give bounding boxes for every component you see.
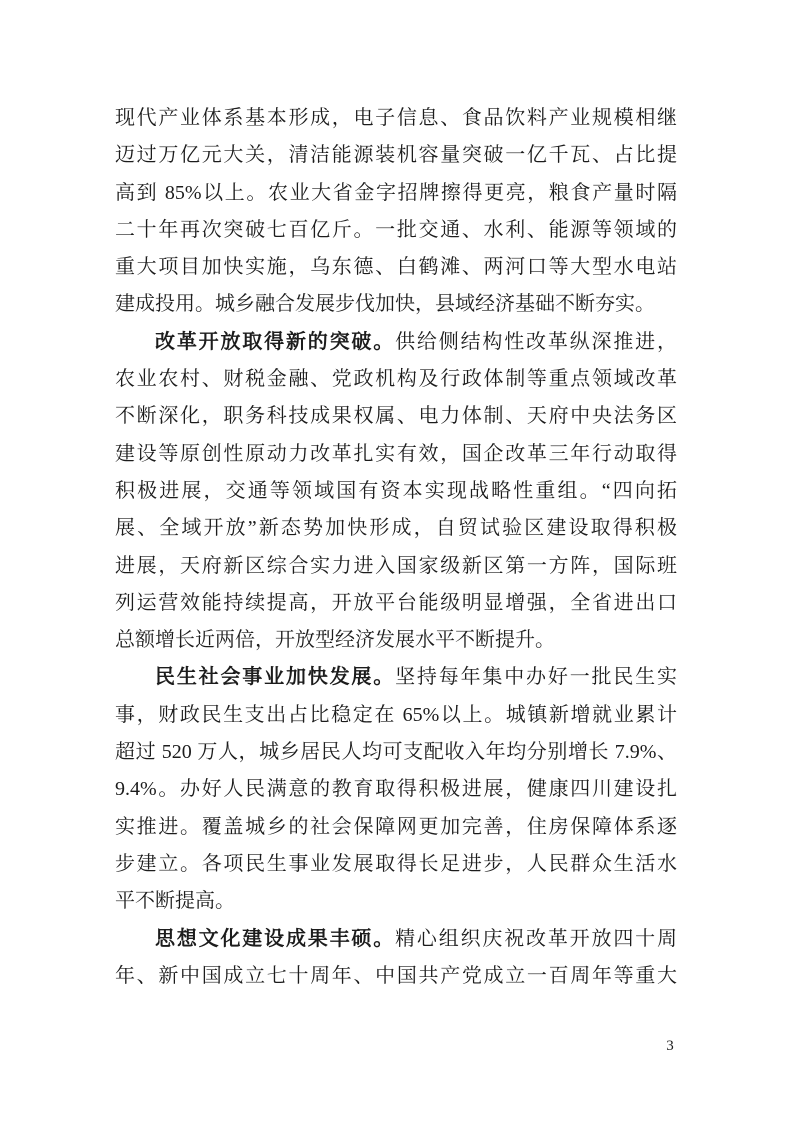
paragraph-last-line: 建成投用。城乡融合发展步伐加快，县域经济基础不断夯实。 xyxy=(115,286,677,323)
text-line: 超过 520 万人，城乡居民人均可支配收入年均分别增长 7.9%、 xyxy=(115,734,677,771)
line-text: 供给侧结构性改革纵深推进， xyxy=(395,331,677,353)
text-line: 进展，天府新区综合实力进入国家级新区第一方阵，国际班 xyxy=(115,548,677,585)
paragraph-heading-line: 民生社会事业加快发展。坚持每年集中办好一批民生实 xyxy=(115,659,677,696)
text-line: 展、全域开放”新态势加快形成，自贸试验区建设取得积极 xyxy=(115,510,677,547)
text-line: 9.4%。办好人民满意的教育取得积极进展，健康四川建设扎 xyxy=(115,771,677,808)
document-page: 现代产业体系基本形成，电子信息、食品饮料产业规模相继 迈过万亿元大关，清洁能源装… xyxy=(0,0,793,1122)
text-line: 积极进展，交通等领域国有资本实现战略性重组。“四向拓 xyxy=(115,473,677,510)
paragraph-last-line: 平不断提高。 xyxy=(115,883,677,920)
text-line: 重大项目加快实施，乌东德、白鹤滩、两河口等大型水电站 xyxy=(115,249,677,286)
line-text: 坚持每年集中办好一批民生实 xyxy=(395,666,677,688)
line-text: 精心组织庆祝改革开放四十周 xyxy=(395,928,677,950)
text-line: 高到 85%以上。农业大省金字招牌擦得更亮，粮食产量时隔 xyxy=(115,175,677,212)
text-line: 列运营效能持续提高，开放平台能级明显增强，全省进出口 xyxy=(115,585,677,622)
text-line: 不断深化，职务科技成果权属、电力体制、天府中央法务区 xyxy=(115,398,677,435)
text-line: 步建立。各项民生事业发展取得长足进步，人民群众生活水 xyxy=(115,846,677,883)
text-line: 现代产业体系基本形成，电子信息、食品饮料产业规模相继 xyxy=(115,100,677,137)
paragraph-last-line: 总额增长近两倍，开放型经济发展水平不断提升。 xyxy=(115,622,677,659)
text-line: 年、新中国成立七十周年、中国共产党成立一百周年等重大 xyxy=(115,958,677,995)
paragraph-heading: 民生社会事业加快发展。 xyxy=(155,666,395,688)
text-line: 二十年再次突破七百亿斤。一批交通、水利、能源等领域的 xyxy=(115,212,677,249)
paragraph-heading: 改革开放取得新的突破。 xyxy=(155,331,395,353)
page-number: 3 xyxy=(660,1036,680,1056)
text-line: 农业农村、财税金融、党政机构及行政体制等重点领域改革 xyxy=(115,361,677,398)
paragraph-heading-line: 思想文化建设成果丰硕。精心组织庆祝改革开放四十周 xyxy=(115,921,677,958)
paragraph-heading: 思想文化建设成果丰硕。 xyxy=(155,928,395,950)
text-line: 实推进。覆盖城乡的社会保障网更加完善，住房保障体系逐 xyxy=(115,809,677,846)
body-text: 现代产业体系基本形成，电子信息、食品饮料产业规模相继 迈过万亿元大关，清洁能源装… xyxy=(115,100,677,995)
text-line: 建设等原创性原动力改革扎实有效，国企改革三年行动取得 xyxy=(115,436,677,473)
paragraph-heading-line: 改革开放取得新的突破。供给侧结构性改革纵深推进， xyxy=(115,324,677,361)
text-line: 事，财政民生支出占比稳定在 65%以上。城镇新增就业累计 xyxy=(115,697,677,734)
text-line: 迈过万亿元大关，清洁能源装机容量突破一亿千瓦、占比提 xyxy=(115,137,677,174)
